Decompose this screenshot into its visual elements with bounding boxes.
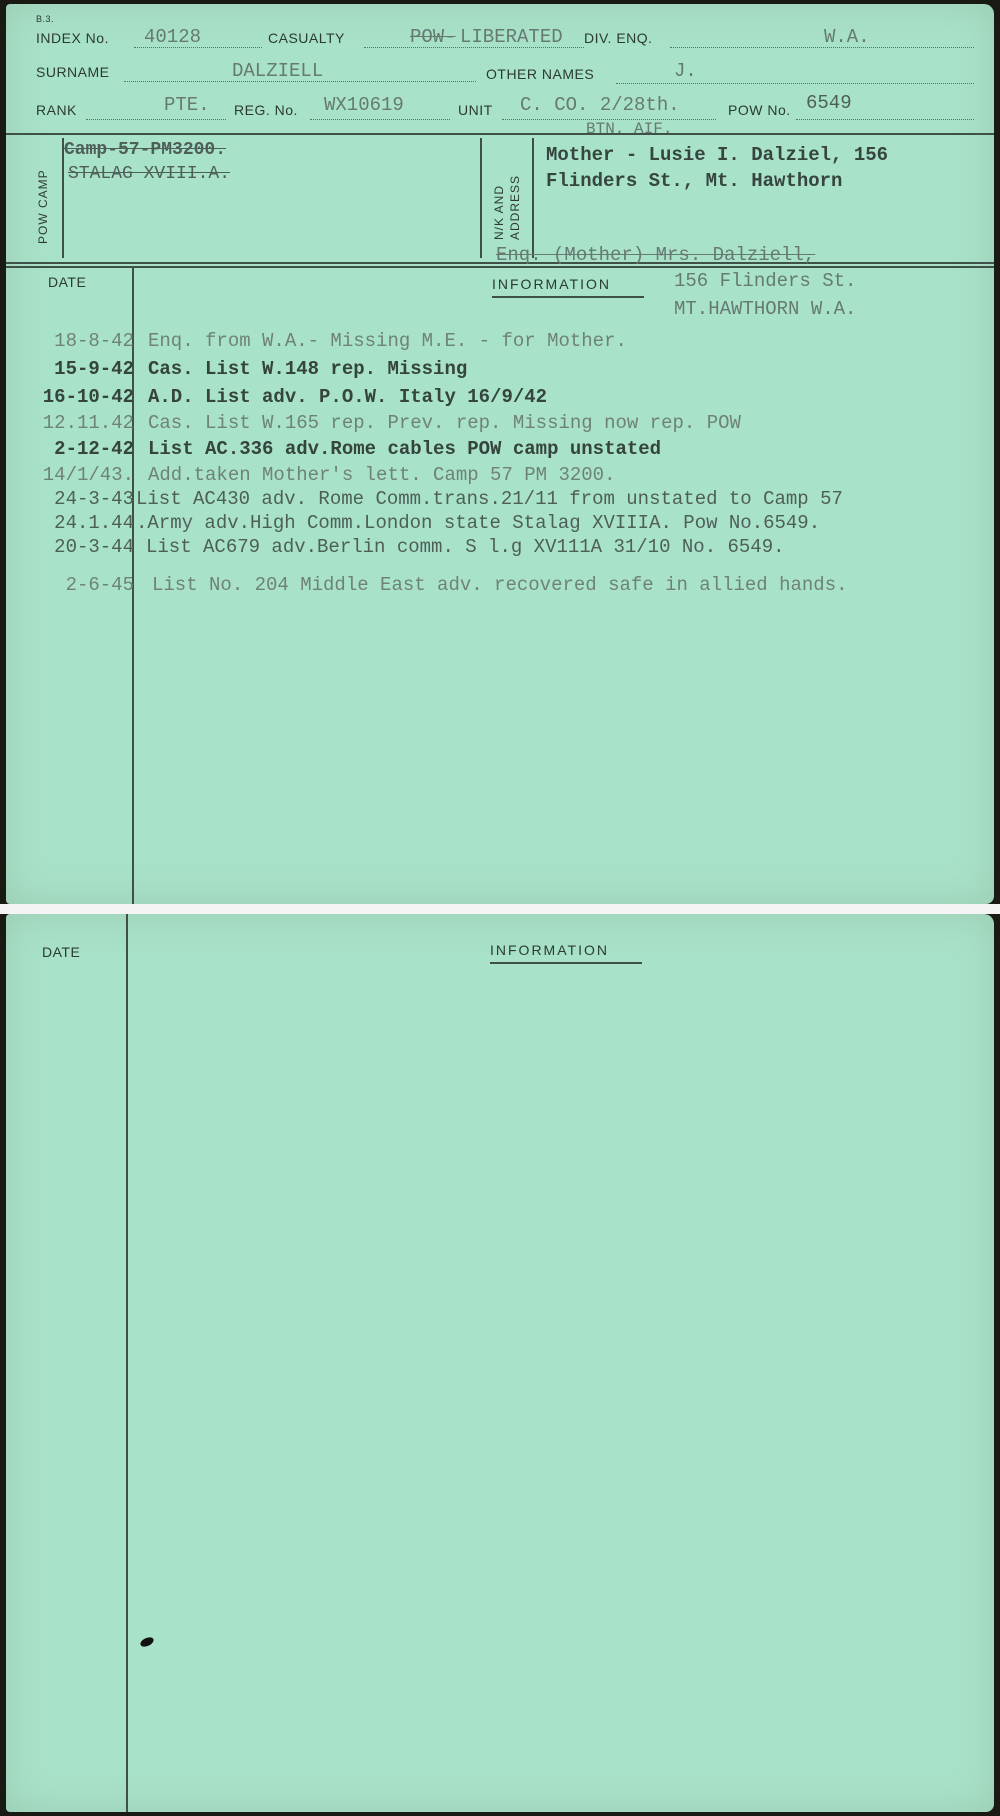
entry-row: 18-8-42Enq. from W.A.- Missing M.E. - fo… <box>6 330 994 352</box>
entry-row: 2-6-45List No. 204 Middle East adv. reco… <box>6 574 994 596</box>
back-date-column-divider <box>126 914 128 1812</box>
pow-camp-label: POW CAMP <box>36 169 50 244</box>
back-date-header: DATE <box>42 944 80 960</box>
entry-date: 24.1.44 <box>54 512 134 534</box>
ink-blot <box>139 1635 155 1648</box>
index-label: INDEX No. <box>36 30 109 46</box>
other-names-dots <box>616 83 974 84</box>
date-header: DATE <box>48 274 86 290</box>
casualty-label: CASUALTY <box>268 30 345 46</box>
casualty-card-front: B.3. INDEX No. 40128 CASUALTY POW- LIBER… <box>6 4 994 904</box>
entry-row: 16-10-42A.D. List adv. P.O.W. Italy 16/9… <box>6 386 994 408</box>
back-information-header: INFORMATION <box>490 942 609 958</box>
surname-label: SURNAME <box>36 64 110 80</box>
entry-text: List AC679 adv.Berlin comm. S l.g XV111A… <box>146 536 785 558</box>
information-underline <box>492 296 644 298</box>
entry-row: 20-3-44List AC679 adv.Berlin comm. S l.g… <box>6 536 994 558</box>
header-divider <box>6 133 994 135</box>
reg-no-dots <box>310 119 450 120</box>
back-information-underline <box>490 962 642 964</box>
form-code: B.3. <box>36 14 54 24</box>
entry-text: Cas. List W.165 rep. Prev. rep. Missing … <box>148 412 741 434</box>
index-value: 40128 <box>144 26 201 48</box>
entry-date: 2-6-45 <box>66 574 134 596</box>
unit-value: C. CO. 2/28th. <box>520 94 680 116</box>
entry-text: A.D. List adv. P.O.W. Italy 16/9/42 <box>148 386 547 408</box>
nk-label-line-2: ADDRESS <box>508 175 522 240</box>
pow-no-dots <box>796 119 974 120</box>
other-names-label: OTHER NAMES <box>486 66 594 82</box>
entry-row: 24.1.44.Army adv.High Comm.London state … <box>6 512 994 534</box>
entry-date: 16-10-42 <box>43 386 134 408</box>
nk-right-divider <box>532 138 534 258</box>
entry-text: Add.taken Mother's lett. Camp 57 PM 3200… <box>148 464 615 486</box>
card-separator <box>0 904 1000 914</box>
div-enq-dots <box>670 47 974 48</box>
nk-line-2: Flinders St., Mt. Hawthorn <box>546 170 842 192</box>
entry-date: 15-9-42 <box>54 358 134 380</box>
entry-date: 14/1/43. <box>43 464 134 486</box>
entry-date: 20-3-44 <box>54 536 134 558</box>
pow-camp-line-1: Camp-57-PM3200. <box>64 140 226 160</box>
entry-text: List No. 204 Middle East adv. recovered … <box>152 574 848 596</box>
casualty-struck-value: POW- <box>410 26 456 48</box>
entry-row: 12.11.42Cas. List W.165 rep. Prev. rep. … <box>6 412 994 434</box>
rank-label: RANK <box>36 102 77 118</box>
entry-date: 24-3-43 <box>54 488 134 510</box>
enquiry-struck: Enq. (Mother) Mrs. Dalziell, <box>496 244 815 266</box>
surname-value: DALZIELL <box>232 60 323 82</box>
information-header: INFORMATION <box>492 276 611 292</box>
entry-text: Enq. from W.A.- Missing M.E. - for Mothe… <box>148 330 627 352</box>
unit-value-line2: BTN. AIF. <box>586 120 672 138</box>
casualty-card-back: DATE INFORMATION <box>6 914 994 1812</box>
enquiry-line-2: MT.HAWTHORN W.A. <box>674 298 856 320</box>
nk-bottom-divider-2 <box>6 266 994 268</box>
pow-camp-line-2: STALAG XVIII.A. <box>68 164 230 184</box>
entry-row: 2-12-42List AC.336 adv.Rome cables POW c… <box>6 438 994 460</box>
entry-date: 18-8-42 <box>54 330 134 352</box>
rank-value: PTE. <box>164 94 210 116</box>
reg-no-value: WX10619 <box>324 94 404 116</box>
rank-dots <box>86 119 226 120</box>
nk-label-line-1: N/K AND <box>492 185 506 240</box>
entry-text: List AC430 adv. Rome Comm.trans.21/11 fr… <box>136 488 843 510</box>
div-enq-label: DIV. ENQ. <box>584 30 653 46</box>
nk-line-1: Mother - Lusie I. Dalziel, 156 <box>546 144 888 166</box>
casualty-value: LIBERATED <box>460 26 563 48</box>
pow-no-value: 6549 <box>806 92 852 114</box>
entry-text: .Army adv.High Comm.London state Stalag … <box>136 512 820 534</box>
pow-no-label: POW No. <box>728 102 791 118</box>
div-enq-value: W.A. <box>824 26 870 48</box>
entry-text: List AC.336 adv.Rome cables POW camp uns… <box>148 438 661 460</box>
entry-date: 12.11.42 <box>43 412 134 434</box>
other-names-value: J. <box>674 60 697 82</box>
entry-text: Cas. List W.148 rep. Missing <box>148 358 467 380</box>
unit-label: UNIT <box>458 102 493 118</box>
entry-date: 2-12-42 <box>54 438 134 460</box>
entry-row: 15-9-42Cas. List W.148 rep. Missing <box>6 358 994 380</box>
entry-row: 14/1/43.Add.taken Mother's lett. Camp 57… <box>6 464 994 486</box>
enquiry-line-1: 156 Flinders St. <box>674 270 856 292</box>
entry-row: 24-3-43List AC430 adv. Rome Comm.trans.2… <box>6 488 994 510</box>
nk-left-divider <box>480 138 482 258</box>
reg-no-label: REG. No. <box>234 102 298 118</box>
